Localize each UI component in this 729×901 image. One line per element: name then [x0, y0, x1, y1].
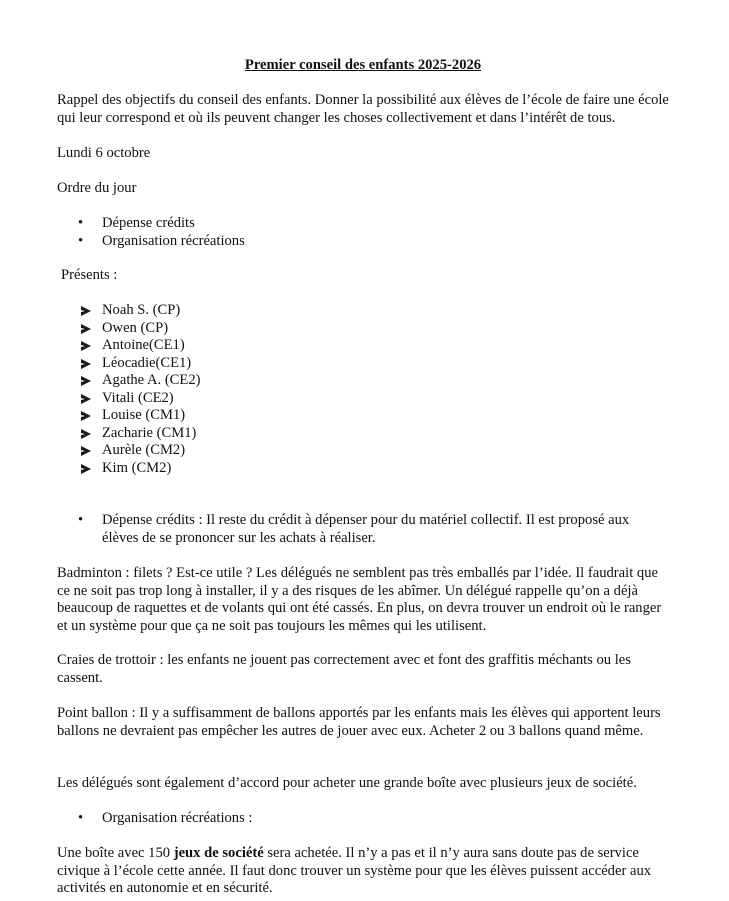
arrow-bullet-icon [81, 306, 91, 316]
badminton-paragraph: Badminton : filets ? Est-ce utile ? Les … [57, 565, 669, 635]
arrow-bullet-icon [81, 324, 91, 334]
meeting-date: Lundi 6 octobre [57, 145, 669, 163]
arrow-bullet-icon [81, 359, 91, 369]
present-item: Owen (CP) [57, 320, 669, 338]
bold-jeux-de-societe: jeux de société [174, 845, 264, 861]
section-depense-credits: • Dépense crédits : Il reste du crédit à… [57, 512, 669, 547]
present-item: Kim (CM2) [57, 460, 669, 478]
present-item: Vitali (CE2) [57, 390, 669, 408]
present-item: Léocadie(CE1) [57, 355, 669, 373]
agenda-heading: Ordre du jour [57, 180, 669, 198]
section-organisation-recreations: • Organisation récréations : [57, 810, 669, 828]
arrow-bullet-icon [81, 464, 91, 474]
document-title: Premier conseil des enfants 2025-2026 [57, 57, 669, 75]
present-item: Louise (CM1) [57, 407, 669, 425]
bullet-icon: • [78, 512, 83, 530]
arrow-bullet-icon [81, 341, 91, 351]
jeux-paragraph: Les délégués sont également d’accord pou… [57, 775, 669, 793]
bullet-icon: • [78, 233, 83, 251]
bullet-icon: • [78, 810, 83, 828]
arrow-bullet-icon [81, 411, 91, 421]
arrow-bullet-icon [81, 446, 91, 456]
intro-paragraph: Rappel des objectifs du conseil des enfa… [57, 92, 669, 127]
present-item: Zacharie (CM1) [57, 425, 669, 443]
present-item: Agathe A. (CE2) [57, 372, 669, 390]
present-item: Aurèle (CM2) [57, 442, 669, 460]
craies-paragraph: Craies de trottoir : les enfants ne joue… [57, 652, 669, 687]
section-depense-text: Dépense crédits : Il reste du crédit à d… [102, 512, 629, 546]
arrow-bullet-icon [81, 394, 91, 404]
agenda-item: • Organisation récréations [57, 233, 669, 251]
present-heading: Présents : [61, 267, 673, 285]
section-organisation-text: Organisation récréations : [102, 810, 252, 826]
present-item: Noah S. (CP) [57, 302, 669, 320]
agenda-list: • Dépense crédits • Organisation récréat… [57, 215, 669, 250]
present-list: Noah S. (CP) Owen (CP) Antoine(CE1) Léoc… [57, 302, 669, 477]
final-paragraph: Une boîte avec 150 jeux de société sera … [57, 845, 669, 898]
present-item: Antoine(CE1) [57, 337, 669, 355]
ballon-paragraph: Point ballon : Il y a suffisamment de ba… [57, 705, 669, 740]
arrow-bullet-icon [81, 429, 91, 439]
agenda-item: • Dépense crédits [57, 215, 669, 233]
arrow-bullet-icon [81, 376, 91, 386]
bullet-icon: • [78, 215, 83, 233]
